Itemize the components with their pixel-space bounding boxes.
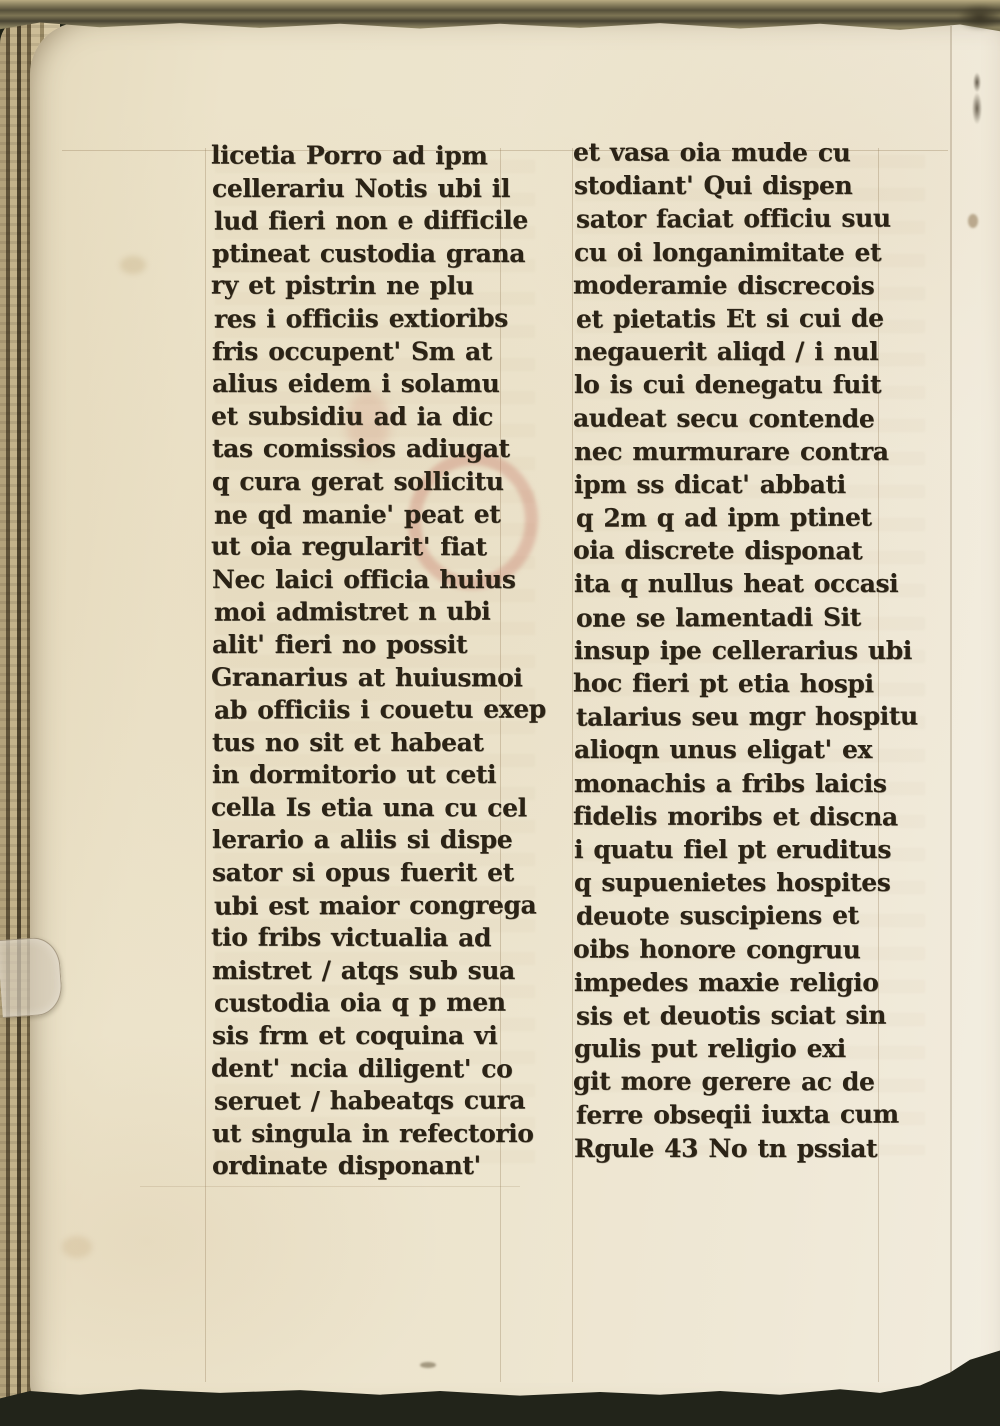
- manuscript-text-line: talarius seu mgr hospitu: [576, 700, 948, 734]
- manuscript-text-line: et vasa oia mude cu: [573, 136, 945, 170]
- parchment-stain: [968, 214, 978, 228]
- manuscript-text-line: nec murmurare contra: [574, 435, 946, 468]
- manuscript-text-line: tio fribs victualia ad: [211, 922, 549, 955]
- manuscript-text-line: one se lamentadi Sit: [576, 600, 948, 634]
- manuscript-text-line: lo is cui denegatu fuit: [574, 368, 946, 401]
- manuscript-text-line: gulis put religio exi: [574, 1032, 946, 1065]
- manuscript-text-line: git more gerere ac de: [573, 1065, 945, 1099]
- text-column-right: et vasa oia mude custodiant' Qui dispens…: [574, 136, 946, 1165]
- manuscript-text-line: ferre obseqii iuxta cum: [576, 1098, 948, 1132]
- manuscript-text-line: sis et deuotis sciat sin: [576, 998, 948, 1032]
- manuscript-text-line: alioqn unus eligat' ex: [574, 733, 946, 766]
- manuscript-text-line: licetia Porro ad ipm: [211, 140, 549, 173]
- manuscript-text-line: dent' ncia diligent' co: [211, 1052, 549, 1085]
- manuscript-text-line: cu oi longanimitate et: [574, 236, 946, 269]
- manuscript-text-line: res i officiis extioribs: [214, 302, 552, 336]
- manuscript-text-line: Granarius at huiusmoi: [211, 661, 549, 694]
- manuscript-text-line: sator si opus fuerit et: [212, 857, 550, 890]
- manuscript-text-line: ita q nullus heat occasi: [574, 567, 946, 600]
- manuscript-text-line: et pietatis Et si cui de: [576, 301, 948, 335]
- manuscript-text-line: negauerit aliqd / i nul: [574, 335, 946, 368]
- ruling-line-horizontal-bottom: [140, 1186, 520, 1187]
- manuscript-text-line: sator faciat officiu suu: [576, 202, 948, 236]
- parchment-stain: [120, 256, 146, 274]
- top-edge-dark-smudge: [946, 4, 1000, 48]
- manuscript-text-line: tus no sit et habeat: [212, 727, 550, 760]
- ruling-line-vertical-1: [205, 148, 206, 1382]
- manuscript-text-line: stodiant' Qui dispen: [574, 169, 946, 202]
- manuscript-text-line: alius eidem i solamu: [212, 368, 550, 401]
- manuscript-text-line: fidelis moribs et discna: [573, 799, 945, 833]
- text-column-left: licetia Porro ad ipmcellerariu Notis ubi…: [212, 140, 550, 1183]
- manuscript-text-line: fris occupent' Sm at: [212, 336, 550, 369]
- manuscript-text-line: sis frm et coquina vi: [212, 1020, 550, 1053]
- manuscript-text-line: impedes maxie religio: [574, 966, 946, 999]
- manuscript-text-line: oibs honore congruu: [573, 932, 945, 966]
- manuscript-text-line: ut oia regularit' fiat: [211, 531, 549, 564]
- manuscript-text-line: Nec laici officia huius: [212, 564, 550, 597]
- manuscript-page-photo: licetia Porro ad ipmcellerariu Notis ubi…: [0, 0, 1000, 1426]
- manuscript-text-line: tas comissios adiugat: [212, 433, 550, 466]
- page-fold-panel: [952, 24, 1000, 1384]
- manuscript-text-line: ipm ss dicat' abbati: [574, 468, 946, 501]
- manuscript-text-line: ut singula in refectorio: [212, 1118, 550, 1151]
- manuscript-text-line: moi admistret n ubi: [214, 596, 552, 630]
- manuscript-text-line: monachis a fribs laicis: [574, 767, 946, 800]
- manuscript-text-line: seruet / habeatqs cura: [214, 1085, 552, 1119]
- parchment-stain: [62, 1236, 92, 1258]
- manuscript-text-line: mistret / atqs sub sua: [212, 955, 550, 988]
- manuscript-text-line: custodia oia q p men: [214, 987, 552, 1021]
- manuscript-text-line: lud fieri non e difficile: [214, 205, 552, 239]
- manuscript-text-line: audeat secu contende: [573, 401, 945, 435]
- ruling-line-vertical-3: [572, 148, 573, 1382]
- manuscript-text-line: Rgule 43 No tn pssiat: [574, 1132, 946, 1165]
- manuscript-text-line: alit' fieri no possit: [212, 629, 550, 662]
- manuscript-text-line: q cura gerat sollicitu: [212, 466, 550, 499]
- manuscript-text-line: lerario a aliis si dispe: [212, 824, 550, 857]
- manuscript-text-line: deuote suscipiens et: [576, 899, 948, 933]
- manuscript-text-line: q 2m q ad ipm ptinet: [576, 500, 948, 534]
- parchment-stain: [420, 1362, 436, 1368]
- page-crease-line: [950, 26, 952, 1384]
- manuscript-text-line: in dormitorio ut ceti: [212, 759, 550, 792]
- manuscript-text-line: cella Is etia una cu cel: [211, 791, 549, 824]
- manuscript-text-line: et subsidiu ad ia dic: [211, 400, 549, 433]
- manuscript-text-line: i quatu fiel pt eruditus: [574, 833, 946, 866]
- manuscript-text-line: ordinate disponant': [212, 1150, 550, 1183]
- manuscript-text-line: cellerariu Notis ubi il: [212, 173, 550, 206]
- manuscript-text-line: oia discrete disponat: [573, 534, 945, 568]
- crease-ink-specks: [972, 72, 982, 124]
- manuscript-text-line: ubi est maior congrega: [214, 889, 552, 923]
- manuscript-text-line: q supuenietes hospites: [574, 866, 946, 899]
- manuscript-text-line: insup ipe cellerarius ubi: [574, 634, 946, 667]
- manuscript-text-line: ne qd manie' peat et: [214, 498, 552, 532]
- manuscript-text-line: ry et pistrin ne plu: [211, 270, 549, 303]
- manuscript-text-line: moderamie discrecois: [573, 268, 945, 302]
- manuscript-text-line: ab officiis i couetu exep: [214, 694, 552, 728]
- manuscript-text-line: hoc fieri pt etia hospi: [573, 667, 945, 701]
- translucent-fastener-tab: [0, 936, 64, 1018]
- manuscript-text-line: ptineat custodia grana: [212, 238, 550, 271]
